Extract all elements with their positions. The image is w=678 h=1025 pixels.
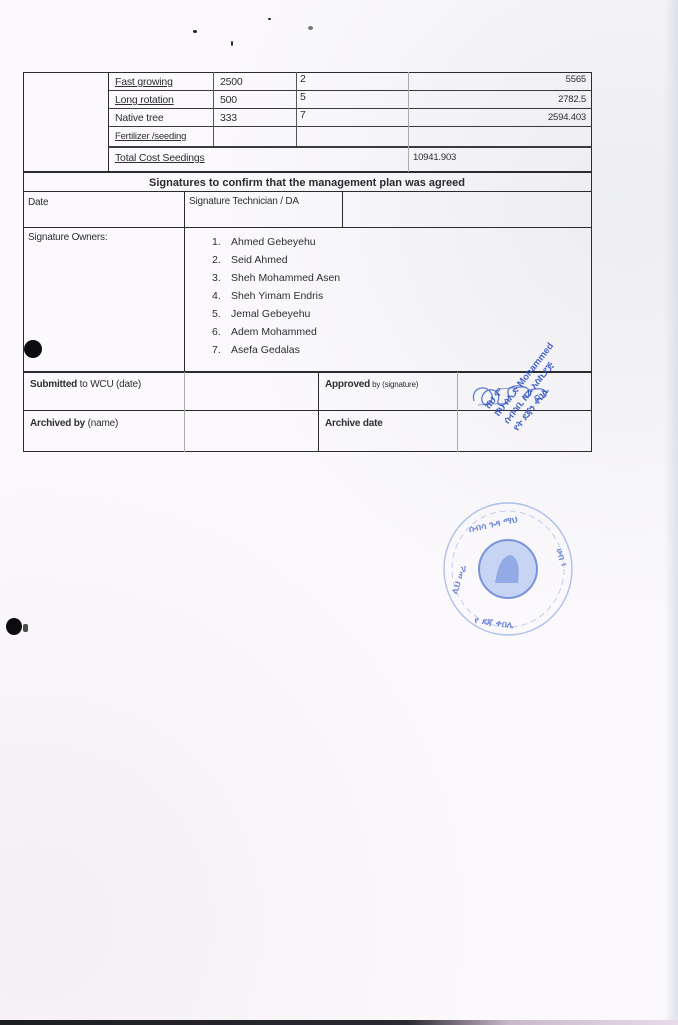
table-rule xyxy=(296,72,297,146)
owners-label: Signature Owners: xyxy=(28,232,107,243)
technician-signature-label: Signature Technician / DA xyxy=(189,196,299,207)
seedling-label: Fast growing xyxy=(115,76,173,88)
owner-name: Ahmed Gebeyehu xyxy=(231,236,316,248)
table-rule xyxy=(184,191,185,372)
table-rule xyxy=(213,72,214,146)
owner-item: 5.Jemal Gebeyehu xyxy=(212,308,310,320)
table-rule xyxy=(108,90,592,91)
seedling-count: 5 xyxy=(300,91,306,103)
owner-name: Sheh Mohammed Asen xyxy=(231,272,340,284)
scan-speck xyxy=(193,30,197,33)
seedling-cost: 2594.403 xyxy=(480,112,586,123)
seedling-quantity: 2500 xyxy=(220,76,243,88)
seedling-label: Fertilizer /seeding xyxy=(115,131,186,142)
table-rule xyxy=(457,372,458,452)
table-rule xyxy=(108,72,109,172)
archive-date-label: Archive date xyxy=(325,418,383,429)
technician-signature-field[interactable] xyxy=(344,193,590,226)
total-cost-value: 10941.903 xyxy=(413,152,456,163)
scan-speck xyxy=(268,18,271,20)
table-rule xyxy=(108,108,592,109)
table-rule xyxy=(108,146,592,148)
scan-speck xyxy=(308,26,313,30)
round-official-seal: ሰብሳ ጉዳ ማህ የ ደጃ ቀበሌ ሊህ ሠራ ሀብ ፣ xyxy=(440,495,580,640)
seedling-label: Native tree xyxy=(115,112,164,124)
owner-name: Seid Ahmed xyxy=(231,254,288,266)
seedling-label: Long rotation xyxy=(115,94,174,106)
seedling-quantity: 333 xyxy=(220,112,237,124)
owner-name: Sheh Yimam Endris xyxy=(231,290,323,302)
archived-by-field[interactable] xyxy=(186,412,316,450)
scan-edge-shadow xyxy=(664,0,678,1025)
svg-text:ሊህ ሠራ: ሊህ ሠራ xyxy=(450,564,470,596)
submitted-label: Submitted to WCU (date) xyxy=(30,379,141,390)
scan-speck xyxy=(23,624,28,632)
seedling-count: 7 xyxy=(300,109,306,121)
scan-speck xyxy=(231,41,233,46)
owner-item: 3.Sheh Mohammed Asen xyxy=(212,272,340,284)
svg-text:ሀብ ፣: ሀብ ፣ xyxy=(554,547,570,568)
submitted-date-field[interactable] xyxy=(186,374,316,409)
svg-text:ሰብሳ ጉዳ ማህ: ሰብሳ ጉዳ ማህ xyxy=(468,514,519,535)
punch-hole-mark xyxy=(6,618,22,635)
owner-name: Adem Mohammed xyxy=(231,326,317,338)
seedling-count: 2 xyxy=(300,73,306,85)
table-rule xyxy=(23,227,592,228)
scan-bottom-edge xyxy=(0,1020,678,1025)
table-rule xyxy=(108,126,592,127)
owner-item: 2.Seid Ahmed xyxy=(212,254,288,266)
table-rule xyxy=(318,372,319,452)
seedling-quantity: 500 xyxy=(220,94,237,106)
owner-name: Jemal Gebeyehu xyxy=(231,308,310,320)
owner-item: 6.Adem Mohammed xyxy=(212,326,317,338)
seedling-cost: 2782.5 xyxy=(480,94,586,105)
table-rule xyxy=(23,191,592,192)
total-cost-label: Total Cost Seedings xyxy=(115,152,205,164)
owner-item: 7.Asefa Gedalas xyxy=(212,344,300,356)
seedling-cost: 5565 xyxy=(480,74,586,85)
approved-label: Approved by (signature) xyxy=(325,379,418,390)
table-rule xyxy=(408,72,409,172)
table-rule xyxy=(342,191,343,227)
signatures-heading: Signatures to confirm that the managemen… xyxy=(22,177,592,189)
date-label: Date xyxy=(28,197,48,208)
archived-by-label: Archived by (name) xyxy=(30,418,118,429)
owner-name: Asefa Gedalas xyxy=(231,344,300,356)
owner-item: 4.Sheh Yimam Endris xyxy=(212,290,323,302)
owner-item: 1.Ahmed Gebeyehu xyxy=(212,236,316,248)
table-rule xyxy=(184,372,185,452)
